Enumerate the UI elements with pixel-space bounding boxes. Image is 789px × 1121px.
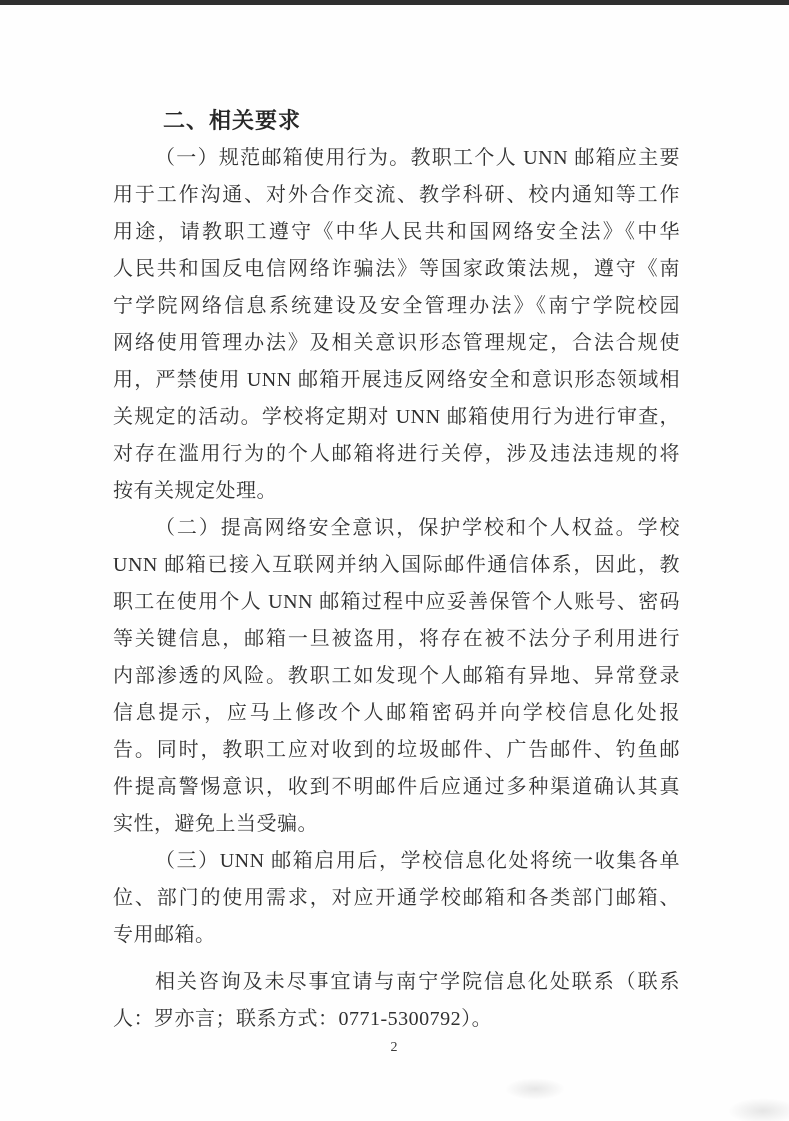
text-line: 用于工作沟通、对外合作交流、教学科研、校内通知等工作 xyxy=(113,177,680,214)
scanned-document-page: 二、相关要求 （一）规范邮箱使用行为。教职工个人 UNN 邮箱应主要用于工作沟通… xyxy=(0,0,789,1121)
text-line: 告。同时，教职工应对收到的垃圾邮件、广告邮件、钓鱼邮 xyxy=(113,732,680,769)
text-line: 内部渗透的风险。教职工如发现个人邮箱有异地、异常登录 xyxy=(113,658,680,695)
text-line: 件提高警惕意识，收到不明邮件后应通过多种渠道确认其真 xyxy=(113,769,680,806)
page-number: 2 xyxy=(0,1040,789,1056)
text-line: 关规定的活动。学校将定期对 UNN 邮箱使用行为进行审查， xyxy=(113,399,680,436)
paragraph-2: （二）提高网络安全意识，保护学校和个人权益。学校UNN 邮箱已接入互联网并纳入国… xyxy=(113,510,680,843)
paragraph-3: （三）UNN 邮箱启用后，学校信息化处将统一收集各单位、部门的使用需求，对应开通… xyxy=(113,843,680,954)
text-line: 按有关规定处理。 xyxy=(113,473,680,510)
text-line: 位、部门的使用需求，对应开通学校邮箱和各类部门邮箱、 xyxy=(113,880,680,917)
paragraph-1: （一）规范邮箱使用行为。教职工个人 UNN 邮箱应主要用于工作沟通、对外合作交流… xyxy=(113,140,680,510)
text-line: （三）UNN 邮箱启用后，学校信息化处将统一收集各单 xyxy=(113,843,680,880)
text-line: 人民共和国反电信网络诈骗法》等国家政策法规，遵守《南 xyxy=(113,251,680,288)
text-line: 等关键信息，邮箱一旦被盗用，将存在被不法分子利用进行 xyxy=(113,621,680,658)
text-line: （二）提高网络安全意识，保护学校和个人权益。学校 xyxy=(113,510,680,547)
text-line: UNN 邮箱已接入互联网并纳入国际邮件通信体系，因此，教 xyxy=(113,547,680,584)
text-line: 对存在滥用行为的个人邮箱将进行关停，涉及违法违规的将 xyxy=(113,436,680,473)
text-line: 宁学院网络信息系统建设及安全管理办法》《南宁学院校园 xyxy=(113,288,680,325)
text-line: 人：罗亦言；联系方式：0771-5300792）。 xyxy=(113,1001,680,1038)
text-line: 专用邮箱。 xyxy=(113,917,680,954)
text-line: 用，严禁使用 UNN 邮箱开展违反网络安全和意识形态领域相 xyxy=(113,362,680,399)
scan-smudge xyxy=(728,1098,789,1121)
text-line: 相关咨询及未尽事宜请与南宁学院信息化处联系（联系 xyxy=(113,964,680,1001)
text-line: 实性，避免上当受骗。 xyxy=(113,806,680,843)
text-line: 用途，请教职工遵守《中华人民共和国网络安全法》《中华 xyxy=(113,214,680,251)
text-line: 信息提示，应马上修改个人邮箱密码并向学校信息化处报 xyxy=(113,695,680,732)
text-line: 职工在使用个人 UNN 邮箱过程中应妥善保管个人账号、密码 xyxy=(113,584,680,621)
text-line: （一）规范邮箱使用行为。教职工个人 UNN 邮箱应主要 xyxy=(113,140,680,177)
paragraph-contact: 相关咨询及未尽事宜请与南宁学院信息化处联系（联系人：罗亦言；联系方式：0771-… xyxy=(113,964,680,1038)
section-heading: 二、相关要求 xyxy=(113,103,680,140)
document-content: 二、相关要求 （一）规范邮箱使用行为。教职工个人 UNN 邮箱应主要用于工作沟通… xyxy=(113,103,680,1038)
scan-edge-bar xyxy=(0,0,789,5)
scan-smudge xyxy=(505,1078,565,1100)
text-line: 网络使用管理办法》及相关意识形态管理规定，合法合规使 xyxy=(113,325,680,362)
